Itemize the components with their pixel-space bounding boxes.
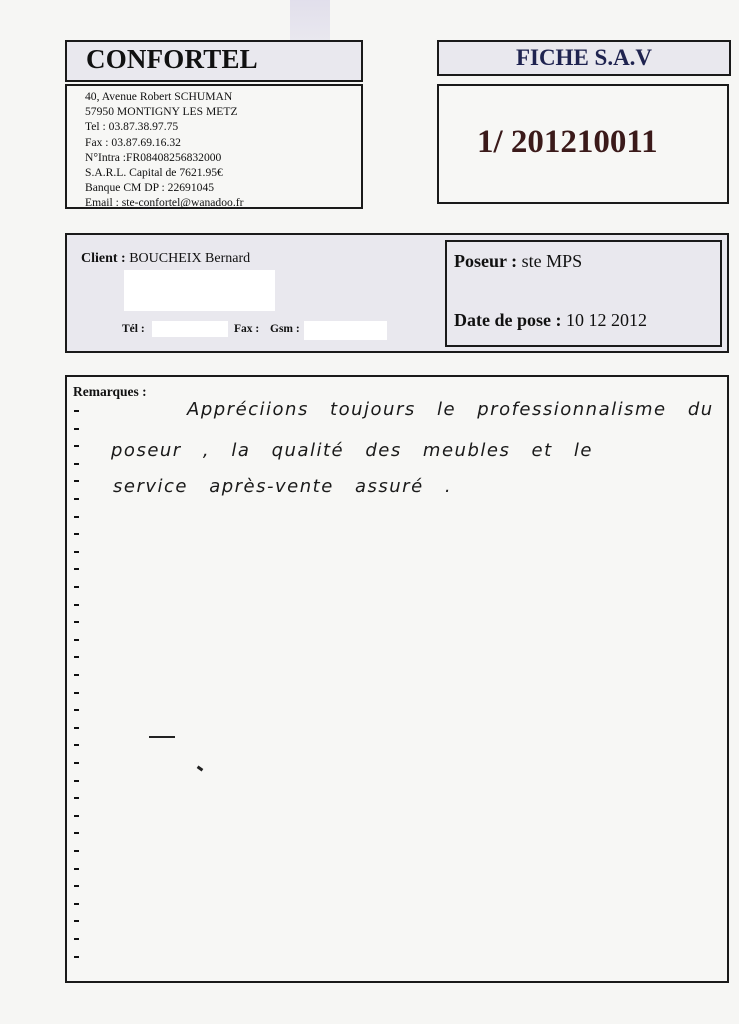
company-email: Email : ste-confortel@wanadoo.fr — [85, 195, 243, 210]
company-info-lines: 40, Avenue Robert SCHUMAN 57950 MONTIGNY… — [85, 89, 243, 211]
line-marker-dash — [74, 797, 79, 799]
fiche-title: FICHE S.A.V — [439, 45, 729, 71]
company-address: 40, Avenue Robert SCHUMAN — [85, 89, 243, 104]
line-marker-dash — [74, 410, 79, 412]
line-marker-dash — [74, 709, 79, 711]
fiche-number: 1/ 201210011 — [477, 124, 658, 161]
line-marker-dash — [74, 498, 79, 500]
fiche-title-box: FICHE S.A.V — [437, 40, 731, 76]
poseur-label: Poseur : — [454, 251, 517, 271]
client-name: BOUCHEIX Bernard — [129, 251, 250, 266]
line-marker-dash — [74, 903, 79, 905]
client-label: Client : — [81, 251, 126, 266]
company-name: CONFORTEL — [86, 44, 258, 75]
gsm-label: Gsm : — [270, 323, 300, 335]
line-marker-dash — [74, 727, 79, 729]
line-marker-dash — [74, 885, 79, 887]
line-marker-dash — [74, 956, 79, 958]
handwritten-remark-line: poseur , la qualité des meubles et le — [111, 440, 593, 461]
line-marker-dash — [74, 533, 79, 535]
handwritten-remark-line: service après-vente assuré . — [113, 476, 452, 497]
line-marker-dash — [74, 938, 79, 940]
line-marker-dash — [74, 480, 79, 482]
poseur-line: Poseur : ste MPS — [454, 251, 582, 272]
stray-pen-mark — [149, 736, 175, 738]
remarks-section: Remarques : Appréciions toujours le prof… — [65, 375, 729, 983]
line-marker-dash — [74, 674, 79, 676]
poseur-value: ste MPS — [522, 251, 583, 271]
line-marker-dash — [74, 832, 79, 834]
tel-label: Tél : — [122, 323, 145, 335]
date-label: Date de pose : — [454, 310, 561, 330]
poseur-section: Poseur : ste MPS Date de pose : 10 12 20… — [445, 240, 722, 347]
date-line: Date de pose : 10 12 2012 — [454, 310, 647, 331]
company-tel: Tel : 03.87.38.97.75 — [85, 119, 243, 134]
company-city: 57950 MONTIGNY LES METZ — [85, 104, 243, 119]
handwritten-remark-line: Appréciions toujours le professionnalism… — [187, 399, 714, 420]
line-marker-dash — [74, 551, 79, 553]
line-marker-dash — [74, 621, 79, 623]
line-marker-dash — [74, 815, 79, 817]
line-marker-dash — [74, 604, 79, 606]
gsm-redacted — [304, 321, 387, 340]
company-fax: Fax : 03.87.69.16.32 — [85, 135, 243, 150]
company-capital: S.A.R.L. Capital de 7621.95€ — [85, 165, 243, 180]
fax-label: Fax : — [234, 323, 259, 335]
company-name-box: CONFORTEL — [65, 40, 363, 82]
company-info-box: 40, Avenue Robert SCHUMAN 57950 MONTIGNY… — [65, 84, 363, 209]
client-line: Client : BOUCHEIX Bernard — [81, 251, 250, 267]
company-bank: Banque CM DP : 22691045 — [85, 180, 243, 195]
line-marker-dash — [74, 920, 79, 922]
line-marker-dash — [74, 780, 79, 782]
line-marker-dash — [74, 463, 79, 465]
client-address-redacted — [124, 270, 275, 311]
tel-redacted — [152, 321, 228, 337]
line-marker-dash — [74, 516, 79, 518]
line-marker-dash — [74, 656, 79, 658]
date-value: 10 12 2012 — [566, 310, 647, 330]
line-marker-dash — [74, 692, 79, 694]
fiche-number-box: 1/ 201210011 — [437, 84, 729, 204]
line-marker-dash — [74, 744, 79, 746]
company-vat: N°Intra :FR08408256832000 — [85, 150, 243, 165]
line-marker-dash — [74, 586, 79, 588]
remarks-label: Remarques : — [73, 384, 147, 400]
line-marker-dash — [74, 428, 79, 430]
stray-pen-mark — [197, 766, 204, 772]
line-marker-dash — [74, 568, 79, 570]
line-marker-dash — [74, 762, 79, 764]
line-marker-dash — [74, 445, 79, 447]
line-marker-dash — [74, 868, 79, 870]
line-marker-dash — [74, 639, 79, 641]
line-marker-dash — [74, 850, 79, 852]
